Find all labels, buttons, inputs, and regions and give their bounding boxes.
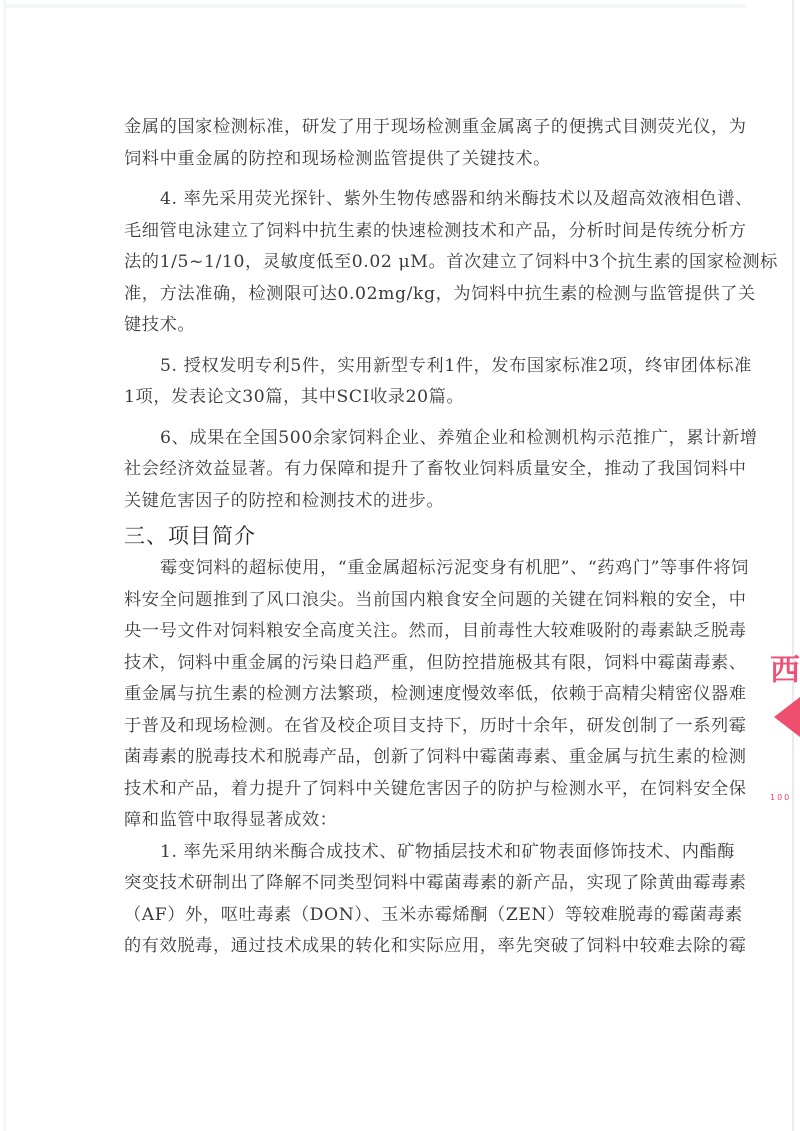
- seal-number: 100: [770, 793, 791, 802]
- paragraph-item-1-detox: 1. 率先采用纳米酶合成技术、矿物插层技术和矿物表面修饰技术、内酯酶 突变技术研…: [124, 837, 680, 963]
- text-line: 菌毒素的脱毒技术和脱毒产品，创新了饲料中霉菌毒素、重金属与抗生素的检测: [124, 742, 680, 774]
- text-line: 6、成果在全国500余家饲料企业、养殖企业和检测机构示范推广，累计新增: [124, 423, 680, 455]
- text-line: 技术和产品，着力提升了饲料中关键危害因子的防护与检测水平，在饲料安全保: [124, 774, 680, 806]
- text-line: 1项，发表论文30篇，其中SCI收录20篇。: [124, 382, 680, 414]
- text-line: 毛细管电泳建立了饲料中抗生素的快速检测技术和产品，分析时间是传统分析方: [124, 216, 680, 248]
- text-line: 重金属与抗生素的检测方法繁琐，检测速度慢效率低，依赖于高精尖精密仪器难: [124, 679, 680, 711]
- text-line: 霉变饲料的超标使用，“重金属超标污泥变身有机肥”、“药鸡门”等事件将饲: [124, 553, 680, 585]
- text-line: 金属的国家检测标准，研发了用于现场检测重金属离子的便携式目测荧光仪，为: [124, 112, 680, 144]
- text-line: 社会经济效益显著。有力保障和提升了畜牧业饲料质量安全，推动了我国饲料中: [124, 454, 680, 486]
- scan-edge-right: [792, 0, 794, 1131]
- text-line: 准，方法准确，检测限可达0.02mg/kg，为饲料中抗生素的检测与监管提供了关: [124, 279, 680, 311]
- paragraph-item-5-patents: 5. 授权发明专利5件，实用新型专利1件，发布国家标准2项，终审团体标准 1项，…: [124, 351, 680, 414]
- text-line: 料安全问题推到了风口浪尖。当前国内粮食安全问题的关键在饲料粮的安全，中: [124, 585, 680, 617]
- seal-star-icon: [774, 697, 800, 737]
- text-line: 突变技术研制出了降解不同类型饲料中霉菌毒素的新产品，实现了除黄曲霉毒素: [124, 868, 680, 900]
- paragraph-item-6-promotion: 6、成果在全国500余家饲料企业、养殖企业和检测机构示范推广，累计新增 社会经济…: [124, 423, 680, 518]
- red-seal-stamp: 西 100: [770, 645, 800, 825]
- document-body: 金属的国家检测标准，研发了用于现场检测重金属离子的便携式目测荧光仪，为 饲料中重…: [124, 112, 680, 963]
- text-line: （AF）外，呕吐毒素（DON）、玉米赤霉烯酮（ZEN）等较难脱毒的霉菌毒素: [124, 900, 680, 932]
- scan-edge-left: [3, 0, 6, 1131]
- text-line: 关键危害因子的防控和检测技术的进步。: [124, 486, 680, 518]
- text-line: 饲料中重金属的防控和现场检测监管提供了关键技术。: [124, 144, 680, 176]
- section-heading-project-intro: 三、项目简介: [124, 519, 680, 553]
- text-line: 技术，饲料中重金属的污染日趋严重，但防控措施极其有限，饲料中霉菌毒素、: [124, 648, 680, 680]
- text-line: 央一号文件对饲料粮安全高度关注。然而，目前毒性大较难吸附的毒素缺乏脱毒: [124, 616, 680, 648]
- text-line: 5. 授权发明专利5件，实用新型专利1件，发布国家标准2项，终审团体标准: [124, 351, 680, 383]
- text-line: 键技术。: [124, 310, 680, 342]
- text-line: 4. 率先采用荧光探针、紫外生物传感器和纳米酶技术以及超高效液相色谱、: [124, 184, 680, 216]
- paragraph-item-4-antibiotics: 4. 率先采用荧光探针、紫外生物传感器和纳米酶技术以及超高效液相色谱、 毛细管电…: [124, 184, 680, 342]
- seal-character: 西: [770, 645, 800, 689]
- text-line: 障和监管中取得显著成效：: [124, 805, 680, 837]
- text-line: 法的1/5~1/10，灵敏度低至0.02 μM。首次建立了饲料中3个抗生素的国家…: [124, 247, 680, 279]
- text-line: 的有效脱毒，通过技术成果的转化和实际应用，率先突破了饲料中较难去除的霉: [124, 931, 680, 963]
- scan-edge-top: [6, 4, 746, 8]
- paragraph-heavy-metal-standard: 金属的国家检测标准，研发了用于现场检测重金属离子的便携式目测荧光仪，为 饲料中重…: [124, 112, 680, 175]
- text-line: 于普及和现场检测。在省及校企项目支持下，历时十余年，研发创制了一系列霉: [124, 711, 680, 743]
- text-line: 1. 率先采用纳米酶合成技术、矿物插层技术和矿物表面修饰技术、内酯酶: [124, 837, 680, 869]
- paragraph-project-intro: 霉变饲料的超标使用，“重金属超标污泥变身有机肥”、“药鸡门”等事件将饲 料安全问…: [124, 553, 680, 837]
